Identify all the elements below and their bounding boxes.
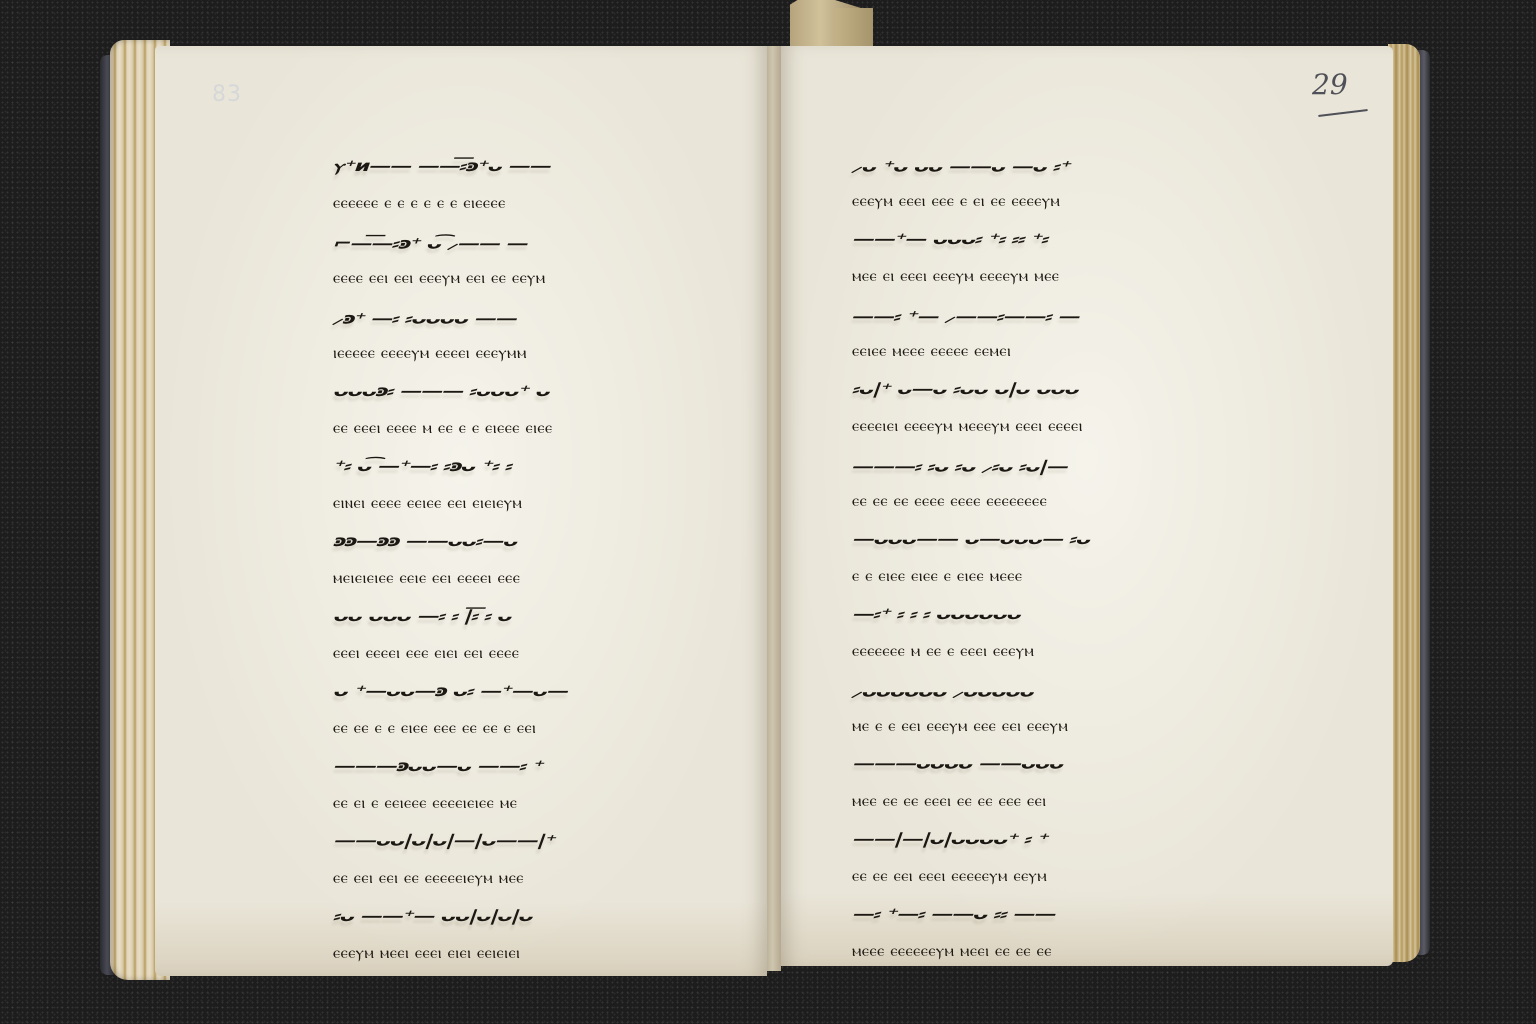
right-text-block: ⸝ᴗ ⁺ᴗ ᴗᴗ ——ᴗ —ᴗ ⸗⁺ⲉⲉⲉⲩⲙ ⲉⲉⲉⲓ ⲉⲉⲉ ⲉ ⲉⲓ ⲉⲉ… <box>852 150 1247 975</box>
open-manuscript-book: 83 29 ⲩ⁺ͷ—— ——͞⸗ͽ⁺ᴗ ——ⲉⲉⲉⲉⲉⲉ ⲉ ⲉ ⲉ ⲉ ⲉ ⲉ… <box>0 0 1536 1024</box>
syllable-line: ⲉⲉⲉⲉⲉⲉⲉ ⲙ ⲉⲉ ⲉ ⲉⲉⲉⲓ ⲉⲉⲉⲩⲙ <box>852 635 1247 676</box>
folio-stamp: 83 <box>212 82 242 107</box>
neume-line: ᴗ ⁺—ᴗᴗ—ͽ ᴗ⸗ —⁺—ᴗ— <box>329 682 730 706</box>
neume-line: ⸝ͽ⁺ —⸗ ⸗ᴗᴗᴗᴗ —— <box>329 307 730 331</box>
neume-line: ⌐—͞—⸗ͽ⁺ ᴗ͡ ⸝—— — <box>329 232 730 256</box>
syllable-line: ⲉⲉⲉⲉ ⲉⲉⲓ ⲉⲉⲓ ⲉⲉⲉⲩⲙ ⲉⲉⲓ ⲉⲉ ⲉⲉⲩⲙ <box>333 262 725 303</box>
neume-line: ——ᴗᴗ|ᴗ|ᴗ|—|ᴗ——|⁺ <box>329 832 730 856</box>
syllable-line: ⲉⲉ ⲉⲉ ⲉⲉⲓ ⲉⲉⲉⲓ ⲉⲉⲉⲉⲉⲩⲙ ⲉⲉⲩⲙ <box>852 860 1247 901</box>
syllable-line: ⲓⲉⲉⲉⲉⲉ ⲉⲉⲉⲉⲩⲙ ⲉⲉⲉⲉⲓ ⲉⲉⲉⲩⲙⲙ <box>333 337 725 378</box>
neume-line: ———⸗ ⸗ᴗ ⸗ᴗ ⸝⸗ᴗ ⸗ᴗ|— <box>848 455 1252 479</box>
neume-line: ⁺⸗ ᴗ͡ —⁺—⸗ ⸗ͽᴗ ⁺⸗ ⸗ <box>329 457 730 481</box>
syllable-line: ⲙⲉⲉ ⲉⲉ ⲉⲉ ⲉⲉⲉⲓ ⲉⲉ ⲉⲉ ⲉⲉⲉ ⲉⲉⲓ <box>852 785 1247 826</box>
neume-line: —⸗⁺ ⸗ ⸗ ⸗ ᴗᴗᴗᴗᴗᴗ <box>848 605 1252 629</box>
syllable-line: ⲙⲉⲓⲉⲓⲉⲓⲉⲉ ⲉⲉⲓⲉ ⲉⲉⲓ ⲉⲉⲉⲉⲓ ⲉⲉⲉ <box>333 562 725 603</box>
left-text-block: ⲩ⁺ͷ—— ——͞⸗ͽ⁺ᴗ ——ⲉⲉⲉⲉⲉⲉ ⲉ ⲉ ⲉ ⲉ ⲉ ⲉ ⲉⲓⲉⲉⲉ… <box>333 152 725 977</box>
syllable-line: ⲉⲉⲉⲉⲓⲉⲓ ⲉⲉⲉⲉⲩⲙ ⲙⲉⲉⲉⲩⲙ ⲉⲉⲉⲓ ⲉⲉⲉⲉⲓ <box>852 410 1247 451</box>
syllable-line: ⲉⲉ ⲉⲉ ⲉⲉ ⲉⲉⲉⲉ ⲉⲉⲉⲉ ⲉⲉⲉⲉⲉⲉⲉⲉ <box>852 485 1247 526</box>
neume-line: ᴗᴗ ᴗᴗᴗ —⸗ ⸗ |͞⸗ ⸗ ᴗ <box>329 607 730 631</box>
syllable-line: ⲙⲉⲉⲉ ⲉⲉⲉⲉⲉⲉⲩⲙ ⲙⲉⲉⲓ ⲉⲉ ⲉⲉ ⲉⲉ <box>852 935 1247 976</box>
syllable-line: ⲉⲉ ⲉⲉⲉⲓ ⲉⲉⲉⲉ ⲙ ⲉⲉ ⲉ ⲉ ⲉⲓⲉⲉⲉ ⲉⲓⲉⲉ <box>333 412 725 453</box>
syllable-line: ⲙⲉ ⲉ ⲉ ⲉⲉⲓ ⲉⲉⲉⲩⲙ ⲉⲉⲉ ⲉⲉⲓ ⲉⲉⲉⲩⲙ <box>852 710 1247 751</box>
neume-line: ᴗᴗᴗͽ⸗ ——— ⸗ᴗᴗᴗ⁺ ᴗ <box>329 382 730 406</box>
neume-line: ——⁺— ᴗᴗᴗ⸗ ⁺⸗ ⸗⸗ ⁺⸗ <box>848 230 1252 254</box>
neume-line: ⲩ⁺ͷ—— ——͞⸗ͽ⁺ᴗ —— <box>329 157 730 181</box>
syllable-line: ⲉⲉⲓⲉⲉ ⲙⲉⲉⲉ ⲉⲉⲉⲉⲉ ⲉⲉⲙⲉⲓ <box>852 335 1247 376</box>
neume-line: —ᴗᴗᴗ—— ᴗ—ᴗᴗᴗ— ⸗ᴗ <box>848 530 1252 554</box>
syllable-line: ⲙⲉⲉ ⲉⲓ ⲉⲉⲉⲓ ⲉⲉⲉⲩⲙ ⲉⲉⲉⲉⲩⲙ ⲙⲉⲉ <box>852 260 1247 301</box>
neume-line: ——|—|ᴗ|ᴗᴗᴗᴗ⁺ ⸗ ⁺ <box>848 830 1252 854</box>
syllable-line: ⲉⲉ ⲉⲉ ⲉ ⲉ ⲉⲓⲉⲉ ⲉⲉⲉ ⲉⲉ ⲉⲉ ⲉ ⲉⲉⲓ <box>333 712 725 753</box>
folio-underline <box>1318 109 1368 117</box>
neume-line: ⸝ᴗ ⁺ᴗ ᴗᴗ ——ᴗ —ᴗ ⸗⁺ <box>848 155 1252 179</box>
syllable-line: ⲉⲉⲉⲉⲉⲉ ⲉ ⲉ ⲉ ⲉ ⲉ ⲉ ⲉⲓⲉⲉⲉⲉ <box>333 187 725 228</box>
syllable-line: ⲉⲉⲉⲩⲙ ⲙⲉⲉⲓ ⲉⲉⲉⲓ ⲉⲓⲉⲓ ⲉⲉⲓⲉⲓⲉⲓ <box>333 937 725 978</box>
neume-line: ——⸗ ⁺— ⸝——⸗——⸗ — <box>848 305 1252 329</box>
syllable-line: ⲉ ⲉ ⲉⲓⲉⲉ ⲉⲓⲉⲉ ⲉ ⲉⲓⲉⲉ ⲙⲉⲉⲉ <box>852 560 1247 601</box>
syllable-line: ⲉⲉⲉⲩⲙ ⲉⲉⲉⲓ ⲉⲉⲉ ⲉ ⲉⲓ ⲉⲉ ⲉⲉⲉⲉⲩⲙ <box>852 185 1247 226</box>
syllable-line: ⲉⲉ ⲉⲓ ⲉ ⲉⲉⲓⲉⲉⲉ ⲉⲉⲉⲉⲓⲉⲓⲉⲉ ⲙⲉ <box>333 787 725 828</box>
neume-line: ͽͽ—ͽͽ ——ᴗᴗ⸗—ᴗ <box>329 532 730 556</box>
neume-line: ⸝ᴗᴗᴗᴗᴗᴗ ⸝ᴗᴗᴗᴗᴗ <box>848 680 1252 704</box>
syllable-line: ⲉⲉ ⲉⲉⲓ ⲉⲉⲓ ⲉⲉ ⲉⲉⲉⲉⲉⲓⲉⲩⲙ ⲙⲉⲉ <box>333 862 725 903</box>
neume-line: ⸗ᴗ|⁺ ᴗ—ᴗ ⸗ᴗᴗ ᴗ|ᴗ ᴗᴗᴗ <box>848 380 1252 404</box>
gutter <box>767 46 781 971</box>
syllable-line: ⲉⲉⲉⲓ ⲉⲉⲉⲉⲓ ⲉⲉⲉ ⲉⲓⲉⲓ ⲉⲉⲓ ⲉⲉⲉⲉ <box>333 637 725 678</box>
binding-tab-fold <box>835 8 873 46</box>
syllable-line: ⲉⲓⲛⲉⲓ ⲉⲉⲉⲉ ⲉⲉⲓⲉⲉ ⲉⲉⲓ ⲉⲓⲉⲓⲉⲩⲙ <box>333 487 725 528</box>
neume-line: —⸗ ⁺—⸗ ——ᴗ ⸗⸗ —— <box>848 905 1252 929</box>
neume-line: ———ᴗᴗᴗᴗ ——ᴗᴗᴗ <box>848 755 1252 779</box>
folio-number: 29 <box>1312 68 1348 101</box>
neume-line: ⸗ᴗ ——⁺— ᴗᴗ|ᴗ|ᴗ|ᴗ <box>329 907 730 931</box>
neume-line: ———ͽᴗᴗ—ᴗ ——⸗ ⁺ <box>329 757 730 781</box>
